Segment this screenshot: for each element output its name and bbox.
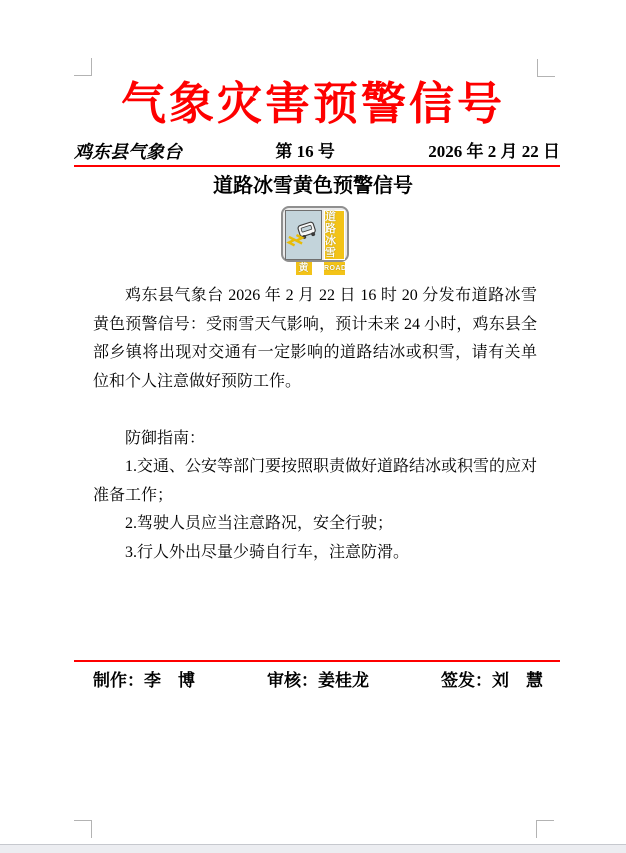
footer-rule (74, 660, 560, 662)
sign-name-panel: 道路 冰雪 (324, 210, 345, 260)
warning-subtitle: 道路冰雪黄色预警信号 (0, 173, 626, 199)
text-boundary-mark-top-left (74, 58, 92, 76)
document-header-row: 鸡东县气象台 第 16 号 2026 年 2 月 22 日 (74, 141, 560, 163)
car-skidding-icon (285, 210, 322, 260)
sign-english-label: ROAD ICING (324, 262, 345, 275)
warning-paragraph: 鸡东县气象台 2026 年 2 月 22 日 16 时 20 分发布道路冰雪黄色… (93, 282, 537, 396)
header-rule (74, 165, 560, 167)
issuing-station: 鸡东县气象台 (74, 141, 182, 163)
text-boundary-mark-top-right (537, 59, 555, 77)
document-body: 鸡东县气象台 2026 年 2 月 22 日 16 时 20 分发布道路冰雪黄色… (93, 282, 537, 567)
issue-number: 第 16 号 (275, 141, 335, 163)
guide-item-1: 1.交通、公安等部门要按照职责做好道路结冰或积雪的应对准备工作； (93, 453, 537, 510)
document-title: 气象灾害预警信号 (0, 76, 626, 132)
text-boundary-mark-bottom-right (536, 820, 554, 838)
guide-item-3: 3.行人外出尽量少骑自行车，注意防滑。 (93, 539, 537, 568)
footer-signer: 签发：刘 慧 (441, 669, 543, 693)
road-icing-warning-sign: 道路 冰雪 黄 ROAD ICING (281, 206, 349, 262)
sign-name-line2: 冰雪 (325, 235, 344, 259)
footer-maker: 制作：李 博 (93, 669, 195, 693)
sign-level-badge: 黄 (296, 262, 312, 275)
sign-name-line1: 道路 (325, 211, 344, 235)
guide-item-2: 2.驾驶人员应当注意路况，安全行驶； (93, 510, 537, 539)
guide-title: 防御指南： (93, 425, 537, 454)
document-page: 气象灾害预警信号 鸡东县气象台 第 16 号 2026 年 2 月 22 日 道… (0, 0, 626, 853)
document-footer-row: 制作：李 博 审核：姜桂龙 签发：刘 慧 (93, 669, 543, 693)
page-bottom-edge (0, 844, 626, 853)
footer-reviewer: 审核：姜桂龙 (267, 669, 369, 693)
issue-date: 2026 年 2 月 22 日 (428, 141, 560, 163)
text-boundary-mark-bottom-left (74, 820, 92, 838)
